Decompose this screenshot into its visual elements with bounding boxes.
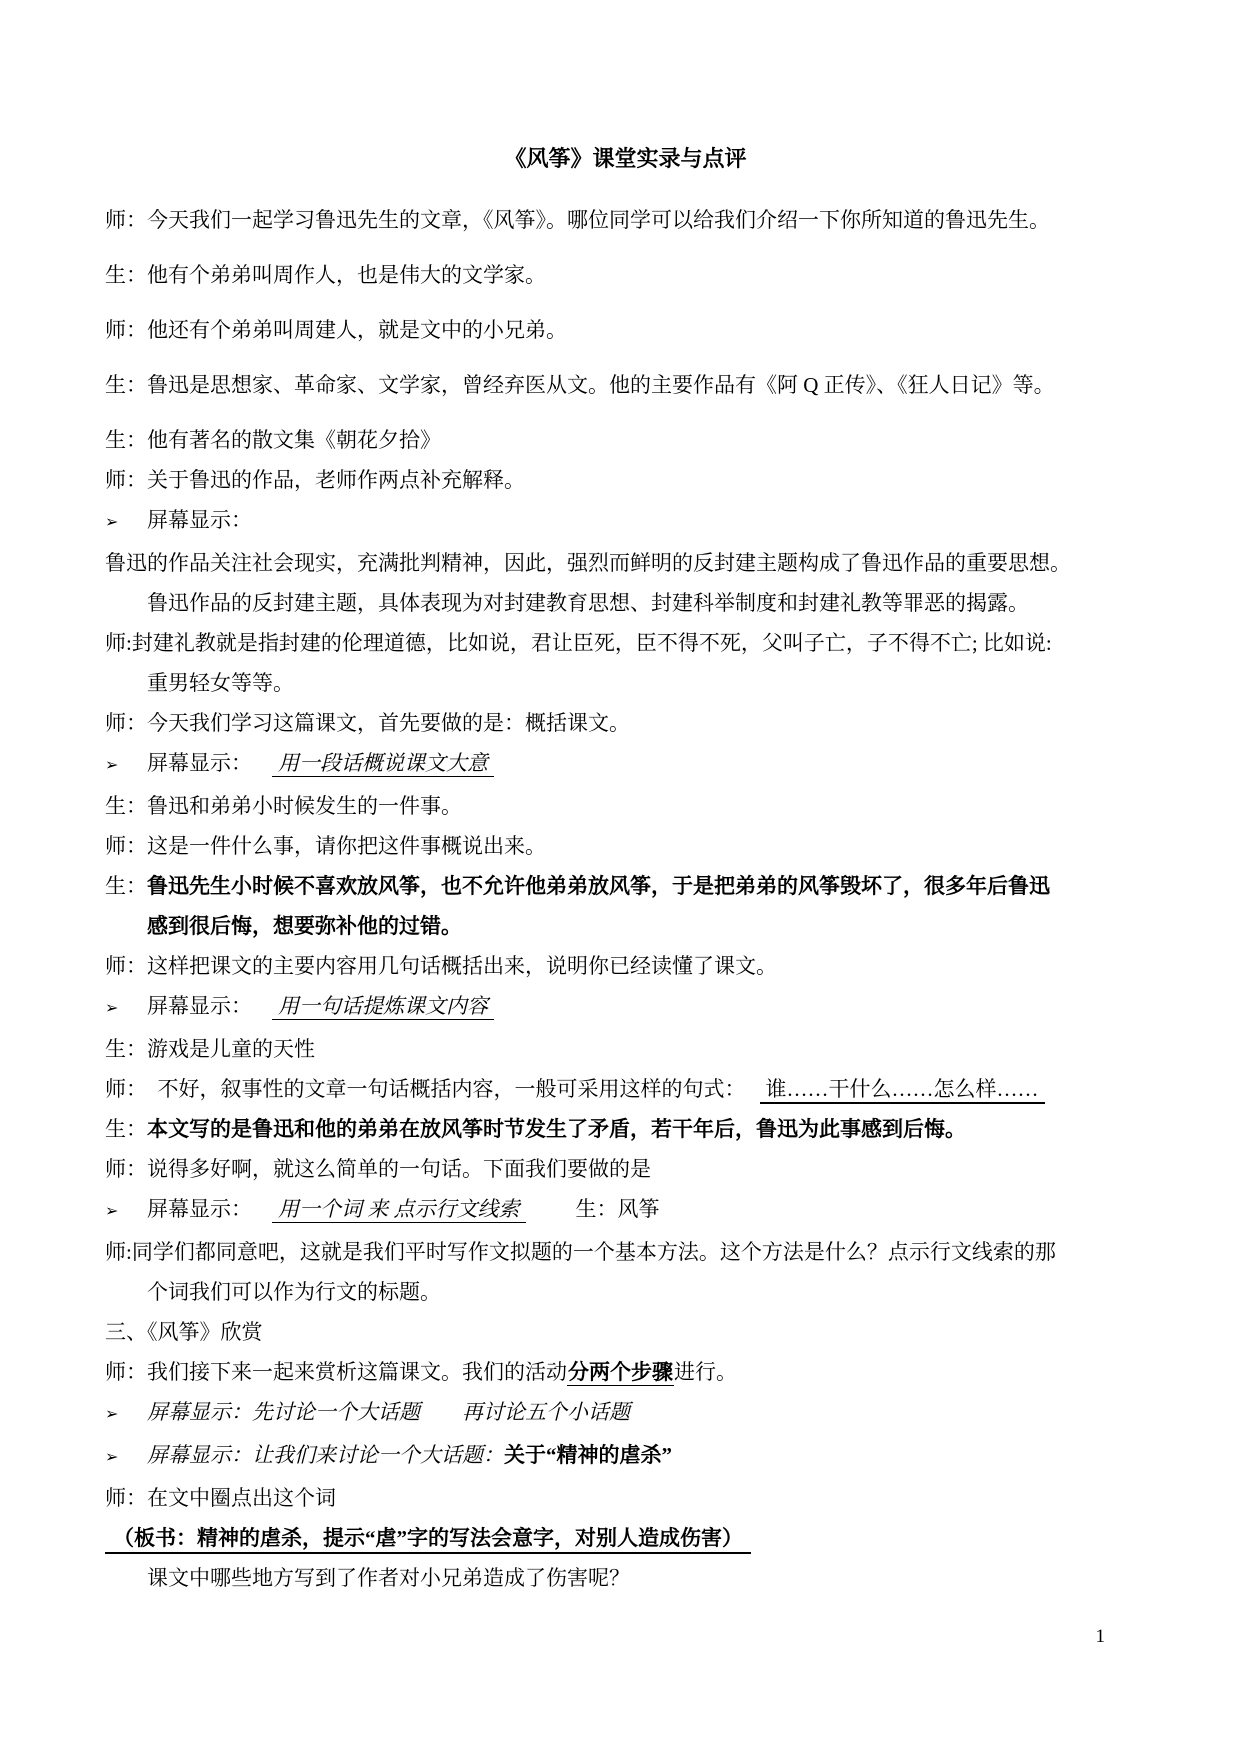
- dialogue-text: 不好，叙事性的文章一句话概括内容，一般可采用这样的句式：: [137, 1077, 746, 1101]
- dialogue-text: 封建礼教就是指封建的伦理道德，比如说，君让臣死，臣不得不死，父叫子亡，子不得不亡…: [132, 631, 1052, 655]
- speaker-label: 生：: [105, 794, 147, 818]
- dialogue-line-continuation: 感到很后悔，想要弥补他的过错。: [105, 906, 1146, 946]
- dialogue-line: 师：我们接下来一起来赏析这篇课文。我们的活动分两个步骤进行。: [105, 1352, 1146, 1392]
- topic-bold-text: 关于“精神的虐杀”: [504, 1443, 672, 1467]
- quote-line: 鲁迅作品的反封建主题，具体表现为对封建教育思想、封建科举制度和封建礼教等罪恶的揭…: [105, 583, 1146, 623]
- speaker-label: 师：: [105, 1486, 147, 1510]
- dialogue-line: 师：说得多好啊，就这么简单的一句话。下面我们要做的是: [105, 1149, 1146, 1189]
- speaker-label: 师:: [105, 631, 132, 655]
- dialogue-line: 生：本文写的是鲁迅和他的弟弟在放风筝时节发生了矛盾，若干年后，鲁迅为此事感到后悔…: [105, 1109, 1146, 1149]
- speaker-label: 生：: [105, 1117, 147, 1141]
- dialogue-text: 今天我们学习这篇课文，首先要做的是：概括课文。: [147, 711, 630, 735]
- dialogue-text: 我们接下来一起来赏析这篇课文。我们的活动: [147, 1360, 567, 1384]
- dialogue-line: 师：这样把课文的主要内容用几句话概括出来，说明你已经读懂了课文。: [105, 946, 1146, 986]
- dialogue-text: 进行。: [674, 1360, 737, 1384]
- dialogue-line: 生：鲁迅先生小时候不喜欢放风筝，也不允许他弟弟放风筝，于是把弟弟的风筝毁坏了，很…: [105, 866, 1146, 906]
- section-heading-text: 三、《风筝》欣赏: [105, 1320, 263, 1344]
- screen-display-content: 屏幕显示：让我们来讨论一个大话题：: [147, 1443, 504, 1467]
- dialogue-text: 游戏是儿童的天性: [147, 1037, 315, 1061]
- dialogue-line-continuation: 重男轻女等等。: [105, 663, 1146, 703]
- question-line: 课文中哪些地方写到了作者对小兄弟造成了伤害呢？: [105, 1558, 1146, 1598]
- speaker-label: 师：: [105, 208, 147, 232]
- arrow-bullet-icon: ➢: [105, 1438, 147, 1478]
- dialogue-line: 师：关于鲁迅的作品，老师作两点补充解释。: [105, 460, 1146, 500]
- screen-display-line: ➢屏幕显示：用一个词 来 点示行文线索生：风筝: [105, 1189, 1146, 1232]
- board-note-line: （板书：精神的虐杀，提示“虐”字的写法会意字，对别人造成伤害）: [105, 1518, 1146, 1558]
- dialogue-line: 生：他有著名的散文集《朝花夕拾》: [105, 420, 1146, 460]
- speaker-label: 师：: [105, 318, 147, 342]
- screen-display-line: ➢屏幕显示：用一句话提炼课文内容: [105, 986, 1146, 1029]
- question-text: 课文中哪些地方写到了作者对小兄弟造成了伤害呢？: [147, 1566, 630, 1590]
- dialogue-text: 这是一件什么事，请你把这件事概说出来。: [147, 834, 546, 858]
- student-answer: 生：风筝: [576, 1197, 660, 1221]
- dialogue-text: 感到很后悔，想要弥补他的过错。: [147, 914, 462, 938]
- screen-display-label: 屏幕显示：: [147, 508, 252, 532]
- dialogue-line: 师:同学们都同意吧，这就是我们平时写作文拟题的一个基本方法。这个方法是什么？点示…: [105, 1232, 1146, 1272]
- speaker-label: 师：: [105, 1077, 137, 1101]
- dialogue-text: 这样把课文的主要内容用几句话概括出来，说明你已经读懂了课文。: [147, 954, 777, 978]
- dialogue-text: 同学们都同意吧，这就是我们平时写作文拟题的一个基本方法。这个方法是什么？点示行文…: [132, 1240, 1056, 1264]
- dialogue-line: 师：他还有个弟弟叫周建人，就是文中的小兄弟。: [105, 310, 1146, 350]
- speaker-label: 生：: [105, 874, 147, 898]
- dialogue-line: 师：在文中圈点出这个词: [105, 1478, 1146, 1518]
- page-number: 1: [1096, 1626, 1106, 1648]
- sentence-pattern-text: 谁……干什么……怎么样……: [760, 1077, 1045, 1104]
- screen-display-label: 屏幕显示：: [147, 1197, 252, 1221]
- dialogue-text: 他有著名的散文集《朝花夕拾》: [147, 428, 441, 452]
- screen-display-label: 屏幕显示：: [147, 994, 252, 1018]
- arrow-bullet-icon: ➢: [105, 1395, 147, 1435]
- dialogue-line: 生：游戏是儿童的天性: [105, 1029, 1146, 1069]
- speaker-label: 师:: [105, 1240, 132, 1264]
- quote-text: 鲁迅的作品关注社会现实，充满批判精神，因此，强烈而鲜明的反封建主题构成了鲁迅作品…: [105, 551, 1071, 575]
- dialogue-text: 鲁迅和弟弟小时候发生的一件事。: [147, 794, 462, 818]
- dialogue-line: 师:封建礼教就是指封建的伦理道德，比如说，君让臣死，臣不得不死，父叫子亡，子不得…: [105, 623, 1146, 663]
- speaker-label: 生：: [105, 373, 147, 397]
- speaker-label: 师：: [105, 1360, 147, 1384]
- dialogue-text: 今天我们一起学习鲁迅先生的文章，《风筝》。哪位同学可以给我们介绍一下你所知道的鲁…: [147, 208, 1050, 232]
- arrow-bullet-icon: ➢: [105, 503, 147, 543]
- dialogue-line: 师：这是一件什么事，请你把这件事概说出来。: [105, 826, 1146, 866]
- arrow-bullet-icon: ➢: [105, 989, 147, 1029]
- screen-display-content: 屏幕显示：先讨论一个大话题 再讨论五个小话题: [147, 1400, 630, 1424]
- board-note-text: （板书：精神的虐杀，提示“虐”字的写法会意字，对别人造成伤害）: [105, 1526, 751, 1554]
- screen-display-line: ➢屏幕显示：: [105, 500, 1146, 543]
- dialogue-line: 生：他有个弟弟叫周作人，也是伟大的文学家。: [105, 255, 1146, 295]
- screen-display-line: ➢屏幕显示：让我们来讨论一个大话题：关于“精神的虐杀”: [105, 1435, 1146, 1478]
- speaker-label: 生：: [105, 1037, 147, 1061]
- screen-display-content: 用一个词 来 点示行文线索: [272, 1197, 526, 1223]
- dialogue-text: 鲁迅先生小时候不喜欢放风筝，也不允许他弟弟放风筝，于是把弟弟的风筝毁坏了，很多年…: [147, 874, 1050, 898]
- document-title: 《风筝》课堂实录与点评: [105, 144, 1146, 174]
- dialogue-text: 重男轻女等等。: [147, 671, 294, 695]
- dialogue-text: 他有个弟弟叫周作人，也是伟大的文学家。: [147, 263, 546, 287]
- dialogue-text: 本文写的是鲁迅和他的弟弟在放风筝时节发生了矛盾，若干年后，鲁迅为此事感到后悔。: [147, 1117, 966, 1141]
- arrow-bullet-icon: ➢: [105, 1192, 147, 1232]
- screen-display-label: 屏幕显示：: [147, 751, 252, 775]
- speaker-label: 生：: [105, 263, 147, 287]
- screen-display-content: 用一句话提炼课文内容: [272, 994, 494, 1020]
- speaker-label: 师：: [105, 711, 147, 735]
- dialogue-text: 鲁迅是思想家、革命家、文学家，曾经弃医从文。他的主要作品有《阿 Q 正传》、《狂…: [147, 373, 1055, 397]
- dialogue-line: 生：鲁迅是思想家、革命家、文学家，曾经弃医从文。他的主要作品有《阿 Q 正传》、…: [105, 365, 1146, 405]
- dialogue-line: 师：今天我们一起学习鲁迅先生的文章，《风筝》。哪位同学可以给我们介绍一下你所知道…: [105, 200, 1146, 240]
- dialogue-line: 师： 不好，叙事性的文章一句话概括内容，一般可采用这样的句式：谁……干什么……怎…: [105, 1069, 1146, 1109]
- screen-display-line: ➢屏幕显示：先讨论一个大话题 再讨论五个小话题: [105, 1392, 1146, 1435]
- dialogue-line: 生：鲁迅和弟弟小时候发生的一件事。: [105, 786, 1146, 826]
- dialogue-text: 他还有个弟弟叫周建人，就是文中的小兄弟。: [147, 318, 567, 342]
- dialogue-text: 在文中圈点出这个词: [147, 1486, 336, 1510]
- arrow-bullet-icon: ➢: [105, 746, 147, 786]
- screen-display-content: 用一段话概说课文大意: [272, 751, 494, 777]
- speaker-label: 师：: [105, 954, 147, 978]
- speaker-label: 师：: [105, 1157, 147, 1181]
- section-heading: 三、《风筝》欣赏: [105, 1312, 1146, 1352]
- speaker-label: 师：: [105, 468, 147, 492]
- speaker-label: 师：: [105, 834, 147, 858]
- emphasized-text: 分两个步骤: [567, 1360, 674, 1386]
- speaker-label: 生：: [105, 428, 147, 452]
- quote-line: 鲁迅的作品关注社会现实，充满批判精神，因此，强烈而鲜明的反封建主题构成了鲁迅作品…: [105, 543, 1146, 583]
- dialogue-text: 说得多好啊，就这么简单的一句话。下面我们要做的是: [147, 1157, 651, 1181]
- quote-text: 鲁迅作品的反封建主题，具体表现为对封建教育思想、封建科举制度和封建礼教等罪恶的揭…: [147, 591, 1029, 615]
- dialogue-text: 关于鲁迅的作品，老师作两点补充解释。: [147, 468, 525, 492]
- dialogue-line-continuation: 个词我们可以作为行文的标题。: [105, 1272, 1146, 1312]
- dialogue-line: 师：今天我们学习这篇课文，首先要做的是：概括课文。: [105, 703, 1146, 743]
- dialogue-text: 个词我们可以作为行文的标题。: [147, 1280, 441, 1304]
- screen-display-line: ➢屏幕显示：用一段话概说课文大意: [105, 743, 1146, 786]
- document-page: 《风筝》课堂实录与点评 师：今天我们一起学习鲁迅先生的文章，《风筝》。哪位同学可…: [0, 0, 1241, 1754]
